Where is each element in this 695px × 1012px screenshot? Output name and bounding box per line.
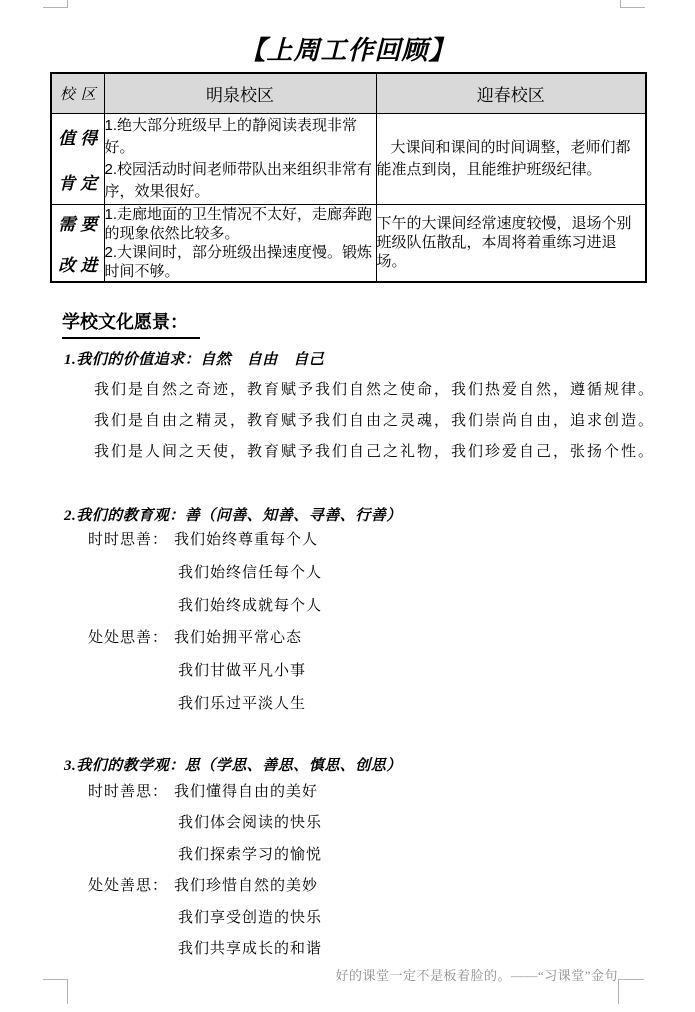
vision-heading: 学校文化愿景：	[62, 308, 200, 339]
row-label-line: 改进	[53, 251, 102, 276]
group-row: 时时善思：我们懂得自由的美好	[88, 777, 322, 808]
row-label-needs-improvement: 需要 改进	[51, 204, 104, 282]
cell-paragraph: 2.校园活动时间老师带队出来组织非常有序，效果很好。	[105, 159, 376, 203]
group-item: 我们始终尊重每个人	[174, 532, 318, 548]
group-label: 时时善思：	[88, 784, 168, 800]
group-row: 我们体会阅读的快乐	[88, 808, 322, 839]
cell-paragraph: 2.大课间时，部分班级出操速度慢。锻炼时间不够。	[105, 243, 376, 281]
group-row: 处处善思：我们珍惜自然的美妙	[88, 871, 322, 902]
group-item: 我们体会阅读的快乐	[178, 815, 322, 831]
group-row: 我们探索学习的愉悦	[88, 840, 322, 871]
group-row: 处处思善：我们始拥平常心态	[88, 622, 322, 655]
group-row: 我们始终信任每个人	[88, 557, 322, 590]
footer-quote: 好的课堂一定不是板着脸的。——“习课堂”金句	[335, 965, 618, 984]
cell-paragraph: 1.绝大部分班级早上的静阅读表现非常好。	[105, 115, 376, 159]
header-cell-mingquan: 明泉校区	[104, 73, 376, 113]
group-row: 我们共享成长的和谐	[88, 934, 322, 965]
cell-mingquan-improve: 1.走廊地面的卫生情况不太好，走廊奔跑的现象依然比较多。 2.大课间时，部分班级…	[104, 204, 376, 282]
row-label-line: 值得	[53, 124, 102, 149]
quote-line: 我们是人间之天使，教育赋予我们自己之礼物，我们珍爱自己，张扬个性。	[94, 437, 655, 468]
group-label: 处处思善：	[88, 630, 168, 646]
cell-paragraph: 下午的大课间经常速度较慢，退场个别班级队伍散乱，本周将着重练习进退场。	[377, 214, 646, 271]
group-label: 时时思善：	[88, 532, 168, 548]
table-row-needs-improvement: 需要 改进 1.走廊地面的卫生情况不太好，走廊奔跑的现象依然比较多。 2.大课间…	[51, 204, 646, 282]
group-item: 我们乐过平淡人生	[178, 696, 306, 712]
page-title: 【上周工作回顾】	[50, 30, 645, 67]
group-item: 我们享受创造的快乐	[178, 910, 322, 926]
review-table: 校区 明泉校区 迎春校区 值得 肯定 1.绝大部分班级早上的静阅读表现非常好。 …	[50, 72, 647, 283]
cell-yingchun-improve: 下午的大课间经常速度较慢，退场个别班级队伍散乱，本周将着重练习进退场。	[376, 204, 646, 282]
group-item: 我们甘做平凡小事	[178, 663, 306, 679]
crop-mark-top-left	[43, 0, 68, 8]
group-row: 我们享受创造的快乐	[88, 903, 322, 934]
group-item: 我们珍惜自然的美妙	[174, 878, 318, 894]
row-label-worth-affirming: 值得 肯定	[51, 113, 104, 204]
section-1-title: 1.我们的价值追求：自然 自由 自己	[64, 348, 324, 369]
cell-yingchun-affirm: 大课间和课间的时间调整，老师们都能准点到岗，且能维护班级纪律。	[376, 113, 646, 204]
crop-mark-top-right	[620, 0, 645, 8]
group-item: 我们懂得自由的美好	[174, 784, 318, 800]
section-3-title: 3.我们的教学观：思（学思、善思、慎思、创思）	[64, 754, 402, 775]
group-item: 我们探索学习的愉悦	[178, 847, 322, 863]
cell-paragraph: 大课间和课间的时间调整，老师们都能准点到岗，且能维护班级纪律。	[377, 137, 646, 181]
group-item: 我们始终信任每个人	[178, 565, 322, 581]
group-row: 我们乐过平淡人生	[88, 688, 322, 721]
table-row-worth-affirming: 值得 肯定 1.绝大部分班级早上的静阅读表现非常好。 2.校园活动时间老师带队出…	[51, 113, 646, 204]
group-row: 我们甘做平凡小事	[88, 655, 322, 688]
table-header-row: 校区 明泉校区 迎春校区	[51, 73, 646, 113]
row-label-line: 需要	[53, 210, 102, 235]
group-item: 我们始终成就每个人	[178, 598, 322, 614]
header-cell-yingchun: 迎春校区	[376, 73, 646, 113]
section-2-groups: 时时思善：我们始终尊重每个人 我们始终信任每个人 我们始终成就每个人 处处思善：…	[88, 524, 322, 721]
section-2-title: 2.我们的教育观：善（问善、知善、寻善、行善）	[64, 504, 402, 525]
group-label: 处处善思：	[88, 878, 168, 894]
group-row: 我们始终成就每个人	[88, 590, 322, 623]
document-page: 【上周工作回顾】 校区 明泉校区 迎春校区 值得 肯定 1.绝大部分班级早上的静…	[0, 0, 695, 1012]
group-item: 我们共享成长的和谐	[178, 941, 322, 957]
row-label-line: 肯定	[53, 169, 102, 194]
crop-mark-bottom-right	[618, 979, 644, 1004]
quote-line: 我们是自由之精灵，教育赋予我们自由之灵魂，我们崇尚自由，追求创造。	[94, 406, 655, 437]
group-row: 时时思善：我们始终尊重每个人	[88, 524, 322, 557]
header-cell-campus: 校区	[51, 73, 104, 113]
section-3-groups: 时时善思：我们懂得自由的美好 我们体会阅读的快乐 我们探索学习的愉悦 处处善思：…	[88, 777, 322, 965]
quote-line: 我们是自然之奇迹，教育赋予我们自然之使命，我们热爱自然，遵循规律。	[94, 375, 655, 406]
cell-paragraph: 1.走廊地面的卫生情况不太好，走廊奔跑的现象依然比较多。	[105, 205, 376, 243]
cell-mingquan-affirm: 1.绝大部分班级早上的静阅读表现非常好。 2.校园活动时间老师带队出来组织非常有…	[104, 113, 376, 204]
crop-mark-bottom-left	[43, 979, 68, 1004]
section-1-quotes: 我们是自然之奇迹，教育赋予我们自然之使命，我们热爱自然，遵循规律。 我们是自由之…	[94, 375, 655, 468]
group-item: 我们始拥平常心态	[174, 630, 302, 646]
